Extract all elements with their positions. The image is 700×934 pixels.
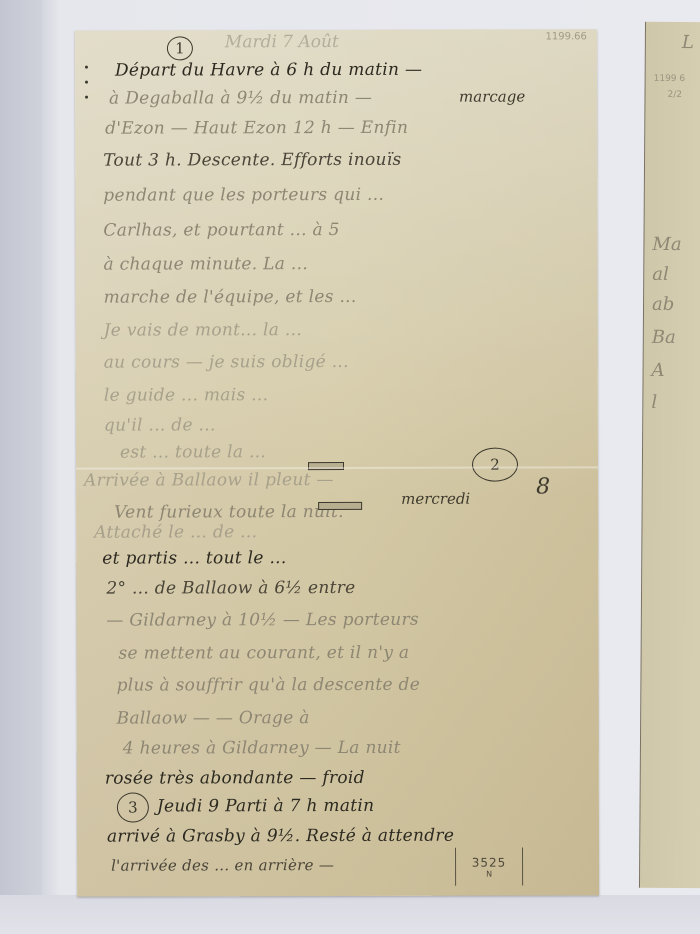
text-line-8: marche de l'équipe, et les ... — [104, 287, 357, 308]
text-line-16: Attaché le ... de ... — [94, 522, 257, 542]
right-fragment-4: Ma — [652, 234, 681, 255]
manuscript-page: 1 Mardi 7 Août 1199.66 Départ du Havre à… — [75, 29, 599, 896]
right-fragment-2: 1199 6 — [654, 74, 686, 84]
text-line-5: pendant que les porteurs qui ... — [103, 185, 384, 206]
text-line-24: rosée très abondante — froid — [105, 768, 365, 789]
right-fragment-9: l — [651, 392, 657, 413]
page-marker-3: 3 — [117, 792, 149, 822]
margin-dots — [85, 66, 89, 111]
right-fragment-3: 2/2 — [667, 90, 682, 100]
top-reference: 1199.66 — [546, 31, 587, 42]
page-marker-2-text: 2 — [490, 456, 500, 474]
text-line-14: Arrivée à Ballaow il pleut — — [84, 470, 334, 491]
text-line-21: plus à souffrir qu'à la descente de — [117, 675, 421, 696]
backdrop-cloth — [0, 895, 700, 934]
text-line-23: 4 heures à Gildarney — La nuit — [123, 738, 401, 759]
text-line-19: — Gildarney à 10½ — Les porteurs — [106, 610, 419, 631]
text-line-1: Départ du Havre à 6 h du matin — — [115, 60, 422, 81]
side-note-mercredi: mercredi — [401, 490, 470, 508]
header-date-note: Mardi 7 Août — [225, 32, 339, 52]
text-line-2: à Degaballa à 9½ du matin — — [109, 88, 372, 109]
strike-mark-2 — [318, 502, 362, 510]
page-marker-2: 2 — [472, 448, 518, 482]
text-line-17: et partis ... tout le ... — [102, 548, 286, 568]
text-line-25: Jeudi 9 Parti à 7 h matin — [157, 796, 375, 817]
page-marker-3-text: 3 — [128, 799, 138, 817]
text-line-22: Ballaow — — Orage à — [117, 708, 310, 729]
text-line-27: l'arrivée des ... en arrière — — [111, 856, 334, 875]
text-line-18: 2° ... de Ballaow à 6½ entre — [106, 578, 355, 599]
archive-number-stamp: 3525 N — [455, 848, 523, 886]
right-fragment-6: ab — [652, 294, 674, 315]
page-marker-1-text: 1 — [175, 39, 185, 57]
right-fragment-5: al — [652, 264, 669, 285]
text-line-26: arrivé à Grasby à 9½. Resté à attendre — [107, 826, 454, 847]
right-fragment-8: A — [652, 360, 665, 381]
text-line-7: à chaque minute. La ... — [103, 254, 308, 275]
text-line-6: Carlhas, et pourtant ... à 5 — [103, 220, 339, 241]
archive-number: 3525 — [472, 855, 507, 869]
text-line-9: Je vais de mont... la ... — [104, 320, 302, 341]
backdrop-fold — [0, 0, 42, 934]
text-line-13: est ... toute la ... — [120, 442, 266, 462]
right-fragment-1: L — [682, 32, 694, 53]
text-line-10: au cours — je suis obligé ... — [104, 352, 349, 373]
text-line-15: Vent furieux toute la nuit. — [114, 502, 344, 523]
page-marker-1: 1 — [167, 36, 193, 60]
archive-sub: N — [486, 869, 492, 878]
side-note-day-8: 8 — [536, 474, 550, 499]
text-line-11: le guide ... mais ... — [104, 385, 269, 405]
text-line-3: d'Ezon — Haut Ezon 12 h — Enfin — [105, 118, 408, 139]
text-line-12: qu'il ... de ... — [104, 415, 216, 435]
text-line-4: Tout 3 h. Descente. Efforts inouïs — [103, 150, 401, 171]
side-note-marcage: marcage — [459, 88, 525, 106]
adjacent-page-fragment: L 1199 6 2/2 Ma al ab Ba A l — [639, 22, 700, 888]
right-fragment-7: Ba — [652, 327, 676, 348]
strike-mark-1 — [308, 462, 344, 470]
text-line-20: se mettent au courant, et il n'y a — [118, 643, 409, 664]
